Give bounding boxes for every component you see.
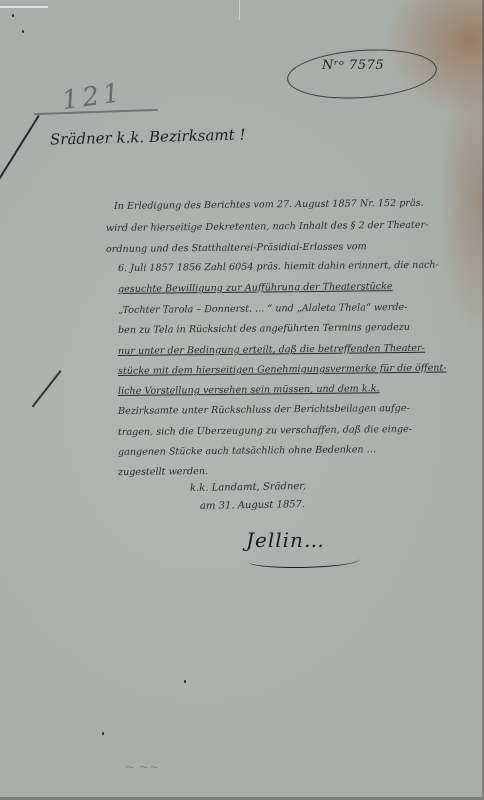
- ink-speck: [184, 680, 186, 683]
- addressee-flourish: [0, 115, 40, 184]
- body-line: ordnung und des Statthalterei-Präsidial-…: [106, 240, 471, 256]
- body-line: zugestellt werden.: [118, 463, 483, 479]
- ink-speck: [22, 30, 24, 33]
- date-line: am 31. August 1857.: [200, 499, 305, 512]
- place-line: k.k. Landamt, Srädner,: [190, 481, 306, 494]
- margin-stroke: [32, 370, 62, 407]
- bleed-through-ink: ~ ~~: [125, 760, 159, 774]
- body-line: 6. Juli 1857 1856 Zahl 6054 präs. hiemit…: [118, 259, 483, 275]
- body-line: „Tochter Tarola – Donnerst. ... “ und „A…: [118, 301, 483, 317]
- ink-speck: [12, 14, 14, 17]
- document-page: Nʳᵒ 7575 121 Srädner k.k. Bezirksamt ! I…: [0, 0, 484, 800]
- body-line-underlined: gesuchte Bewilligung zur Aufführung der …: [118, 280, 483, 296]
- body-line: gangenen Stücke auch tatsächlich ohne Be…: [118, 443, 483, 459]
- body-line-underlined: liche Vorstellung versehen sein müssen, …: [118, 382, 483, 398]
- ink-speck: [102, 732, 104, 735]
- body-line: Bezirksamte unter Rückschluss der Berich…: [118, 402, 483, 418]
- body-line: In Erledigung des Berichtes vom 27. Augu…: [114, 197, 479, 213]
- paper-edge-mark: [0, 6, 48, 8]
- body-line-underlined: stücke mit dem hierseitigen Genehmigungs…: [118, 362, 483, 378]
- fold-line: [239, 0, 240, 20]
- body-line: tragen, sich die Überzeugung zu verschaf…: [118, 423, 483, 439]
- signature: Jellin…: [246, 528, 325, 552]
- body-line: wird der hierseitige Dekretenten, nach I…: [106, 219, 471, 235]
- signature-flourish: [248, 553, 360, 568]
- body-line-underlined: nur unter der Bedingung erteilt, daß die…: [118, 342, 483, 358]
- reference-number: Nʳᵒ 7575: [322, 58, 384, 73]
- reference-stamp-oval: [286, 45, 439, 103]
- addressee-line: Srädner k.k. Bezirksamt !: [50, 125, 246, 148]
- body-line: ben zu Tela in Rücksicht des angeführten…: [118, 321, 483, 337]
